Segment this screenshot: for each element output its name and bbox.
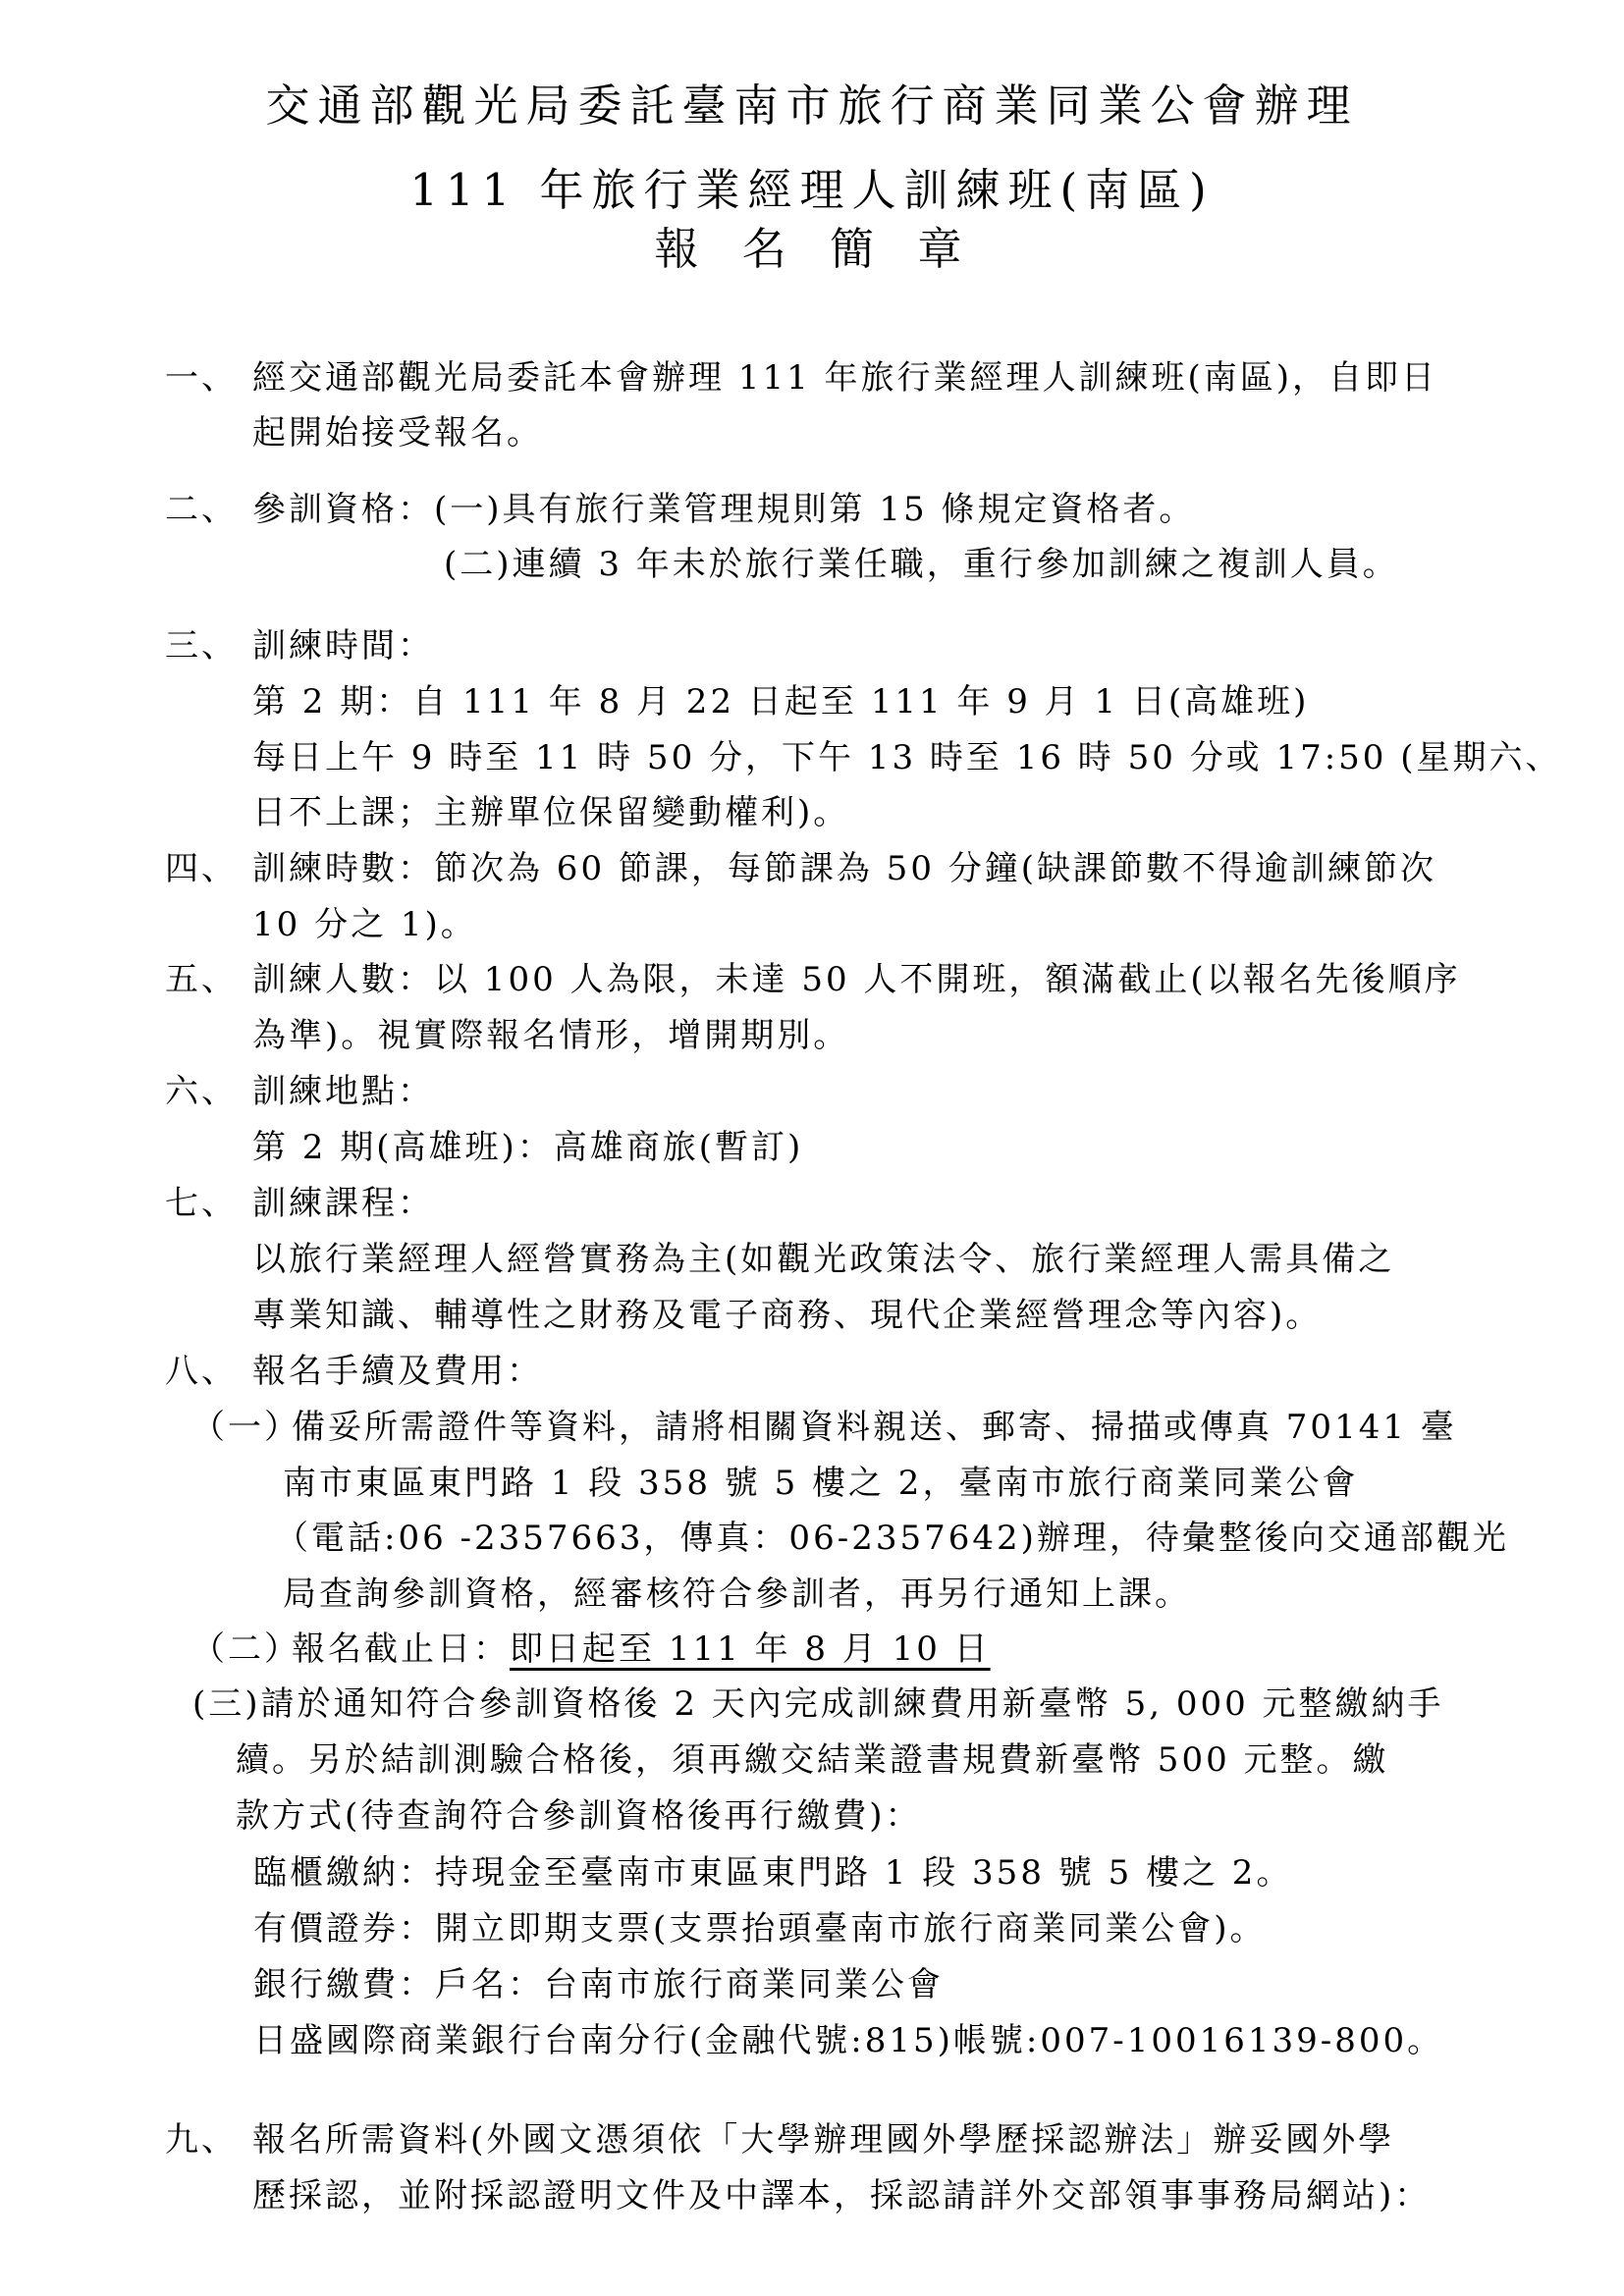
item-3-number: 三、 <box>165 624 238 667</box>
item-6-number: 六、 <box>165 1070 238 1113</box>
payment-check-line: 有價證券：開立即期支票(支票抬頭臺南市旅行商業同業公會)。 <box>253 1907 1267 1950</box>
item-7-line-1: 以旅行業經理人經營實務為主(如觀光政策法令、旅行業經理人需具備之 <box>252 1238 1394 1281</box>
item-7-number: 七、 <box>165 1182 238 1225</box>
subitem-1-line-3: （電話:06 -2357663，傳真：06-2357642)辦理，待彙整後向交通… <box>275 1517 1509 1560</box>
item-7-heading: 訓練課程： <box>252 1182 434 1225</box>
item-8-number: 八、 <box>165 1350 238 1393</box>
subitem-1-line-2: 南市東區東門路 1 段 358 號 5 樓之 2，臺南市旅行商業同業公會 <box>283 1462 1358 1505</box>
payment-bank-line: 銀行繳費：戶名：台南市旅行商業同業公會 <box>253 1963 944 2006</box>
item-3-line-1: 第 2 期：自 111 年 8 月 22 日起至 111 年 9 月 1 日(高… <box>252 680 1309 723</box>
item-1-number: 一、 <box>165 356 238 400</box>
subitem-3-line-2: 續。另於結訓測驗合格後，須再繳交結業證書規費新臺幣 500 元整。繳 <box>236 1738 1389 1782</box>
item-5-line-1: 訓練人數：以 100 人為限，未達 50 人不開班，額滿截止(以報名先後順序 <box>252 958 1461 1001</box>
item-5-number: 五、 <box>165 958 238 1001</box>
item-4-line-2: 10 分之 1)。 <box>252 903 477 946</box>
deadline-date-underlined: 即日起至 111 年 8 月 10 日 <box>510 1629 991 1669</box>
item-9-line-1: 報名所需資料(外國文憑須依「大學辦理國外學歷採認辦法」辦妥國外學 <box>252 2118 1394 2162</box>
subitem-1-line-4: 局查詢參訓資格，經審核符合參訓者，再另行通知上課。 <box>283 1573 1191 1616</box>
document-page: 交通部觀光局委託臺南市旅行商業同業公會辦理 111 年旅行業經理人訓練班(南區)… <box>0 0 1624 2296</box>
item-7-line-2: 專業知識、輔導性之財務及電子商務、現代企業經營理念等內容)。 <box>252 1294 1322 1337</box>
subitem-2-line: 報名截止日：即日起至 111 年 8 月 10 日 <box>292 1628 991 1671</box>
item-6-heading: 訓練地點： <box>252 1070 434 1113</box>
item-8-heading: 報名手續及費用： <box>252 1350 543 1393</box>
subitem-2-number: （二） <box>191 1628 300 1671</box>
item-1-line-2: 起開始接受報名。 <box>252 411 543 454</box>
deadline-label: 報名截止日： <box>292 1629 510 1669</box>
item-1-line-1: 經交通部觀光局委託本會辦理 111 年旅行業經理人訓練班(南區)，自即日 <box>252 356 1437 400</box>
item-5-line-2: 為準)。視實際報名情形，增開期別。 <box>252 1014 849 1057</box>
item-2-number: 二、 <box>165 488 238 531</box>
item-4-number: 四、 <box>165 847 238 890</box>
item-3-heading: 訓練時間： <box>252 624 434 667</box>
subitem-1-line-1: 備妥所需證件等資料，請將相關資料親送、郵寄、掃描或傳真 70141 臺 <box>292 1406 1457 1449</box>
subitem-3-line-1: (三)請於通知符合參訓資格後 2 天內完成訓練費用新臺幣 5, 000 元整繳納… <box>192 1682 1444 1726</box>
item-6-line-1: 第 2 期(高雄班)：高雄商旅(暫訂) <box>252 1126 803 1169</box>
item-2-line-1: 參訓資格：(一)具有旅行業管理規則第 15 條規定資格者。 <box>252 488 1195 531</box>
doc-title-line-1: 交通部觀光局委託臺南市旅行商業同業公會辦理 <box>0 80 1624 132</box>
payment-counter-line: 臨櫃繳納：持現金至臺南市東區東門路 1 段 358 號 5 樓之 2。 <box>253 1851 1292 1895</box>
subitem-3-line-3: 款方式(待查詢符合參訓資格後再行繳費)： <box>236 1794 922 1838</box>
item-9-line-2: 歷採認，並附採認證明文件及中譯本，採認請詳外交部領事事務局網站)： <box>252 2174 1431 2217</box>
item-9-number: 九、 <box>165 2118 238 2162</box>
item-3-line-3: 日不上課；主辦單位保留變動權利)。 <box>252 791 849 834</box>
item-2-line-2: (二)連續 3 年未於旅行業任職，重行參加訓練之複訓人員。 <box>444 543 1399 586</box>
item-3-line-2: 每日上午 9 時至 11 時 50 分，下午 13 時至 16 時 50 分或 … <box>252 736 1562 779</box>
item-4-line-1: 訓練時數：節次為 60 節課，每節課為 50 分鐘(缺課節數不得逾訓練節次 <box>252 847 1436 890</box>
doc-title-line-2: 111 年旅行業經理人訓練班(南區) <box>0 165 1624 216</box>
payment-account-line: 日盛國際商業銀行台南分行(金融代號:815)帳號:007-10016139-80… <box>253 2019 1443 2062</box>
doc-title-line-3: 報 名 簡 章 <box>0 224 1624 275</box>
subitem-1-number: （一） <box>191 1406 300 1449</box>
